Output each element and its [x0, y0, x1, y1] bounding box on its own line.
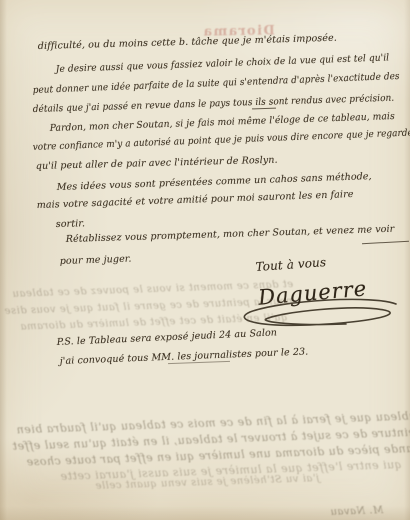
letter-line: difficulté, ou du moins cette b. tâche q… [38, 33, 337, 53]
postscript-line: P.S. le Tableau sera exposé jeudi 24 au … [56, 327, 277, 349]
letter-line: pour me juger. [60, 254, 132, 268]
pen-dash-rule [362, 241, 409, 245]
letter-line: Rétablissez vous promptement, mon cher S… [66, 224, 395, 246]
postscript-line: j'ai convoqué tous MM. les journalistes … [60, 346, 309, 368]
letter-line: sortir. [56, 218, 86, 231]
bleedthrough-mark: M. Navau [330, 505, 384, 518]
scratched-word-stroke [252, 108, 276, 110]
letter-line: qu'il peut aller de pair avec l'intérieu… [36, 155, 278, 173]
closing-salutation: Tout à vous [255, 256, 326, 273]
letter-page: Diorama difficulté, ou du moins cette b.… [0, 0, 410, 520]
